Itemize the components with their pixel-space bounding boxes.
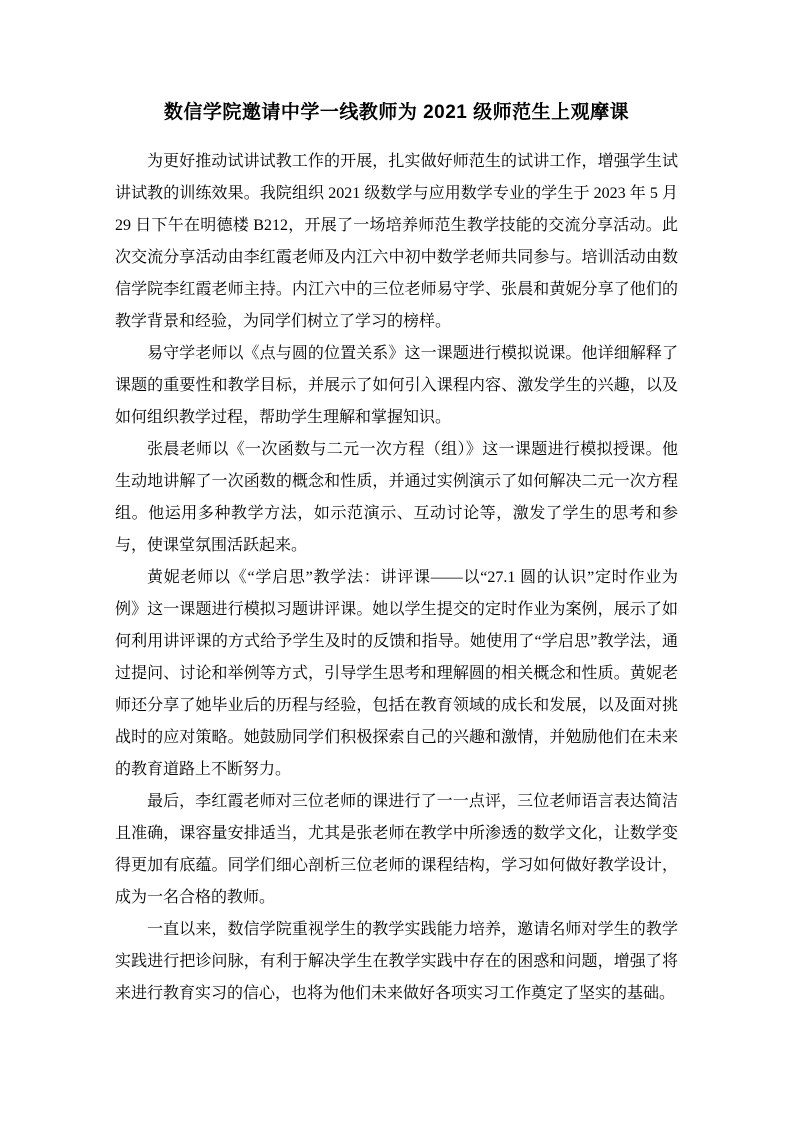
- paragraph-review: 最后，李红霞老师对三位老师的课进行了一一点评，三位老师语言表达简洁且准确，课容量…: [115, 786, 678, 914]
- paragraph-conclusion: 一直以来，数信学院重视学生的教学实践能力培养，邀请名师对学生的教学实践进行把诊问…: [115, 914, 678, 1010]
- paragraph-teacher-yishouxue: 易守学老师以《点与圆的位置关系》这一课题进行模拟说课。他详细解释了课题的重要性和…: [115, 338, 678, 434]
- paragraph-teacher-huangni: 黄妮老师以《“学启思”教学法：讲评课——以“27.1 圆的认识”定时作业为例》这…: [115, 562, 678, 786]
- paragraph-teacher-zhangchen: 张晨老师以《一次函数与二元一次方程（组）》这一课题进行模拟授课。他生动地讲解了一…: [115, 434, 678, 562]
- document-title: 数信学院邀请中学一线教师为 2021 级师范生上观摩课: [115, 98, 678, 128]
- document-page: 数信学院邀请中学一线教师为 2021 级师范生上观摩课 为更好推动试讲试教工作的…: [0, 0, 793, 1122]
- paragraph-intro: 为更好推动试讲试教工作的开展，扎实做好师范生的试讲工作，增强学生试讲试教的训练效…: [115, 146, 678, 338]
